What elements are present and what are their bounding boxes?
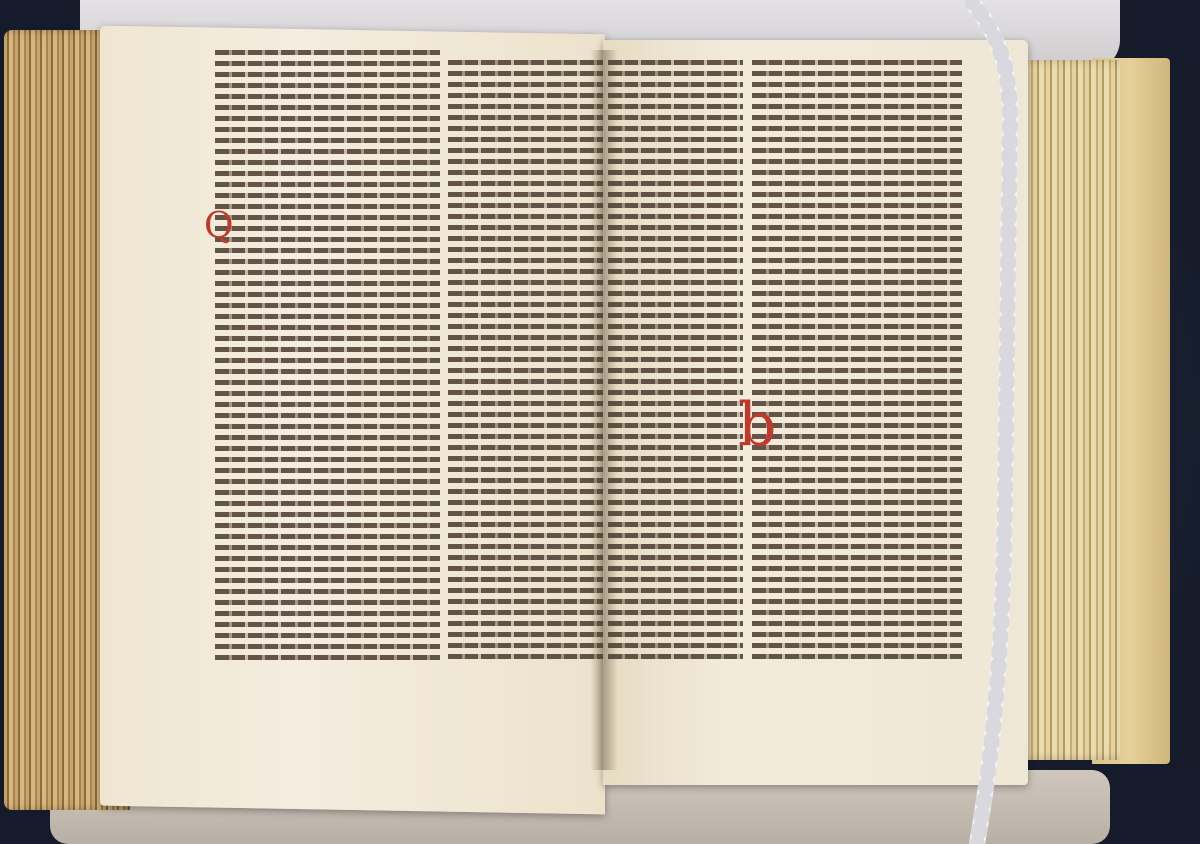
right-page-column-2	[752, 60, 962, 665]
right-page-column-1	[608, 60, 743, 660]
right-fore-edge	[1020, 60, 1120, 760]
left-page-column-1	[215, 50, 440, 665]
left-page-column-2	[448, 60, 603, 660]
book-weight-snake	[965, 0, 1025, 844]
manuscript-photo: Q b	[0, 0, 1200, 844]
rubric-initial-q: Q	[204, 206, 234, 247]
rubric-initial-b: b	[738, 395, 776, 455]
